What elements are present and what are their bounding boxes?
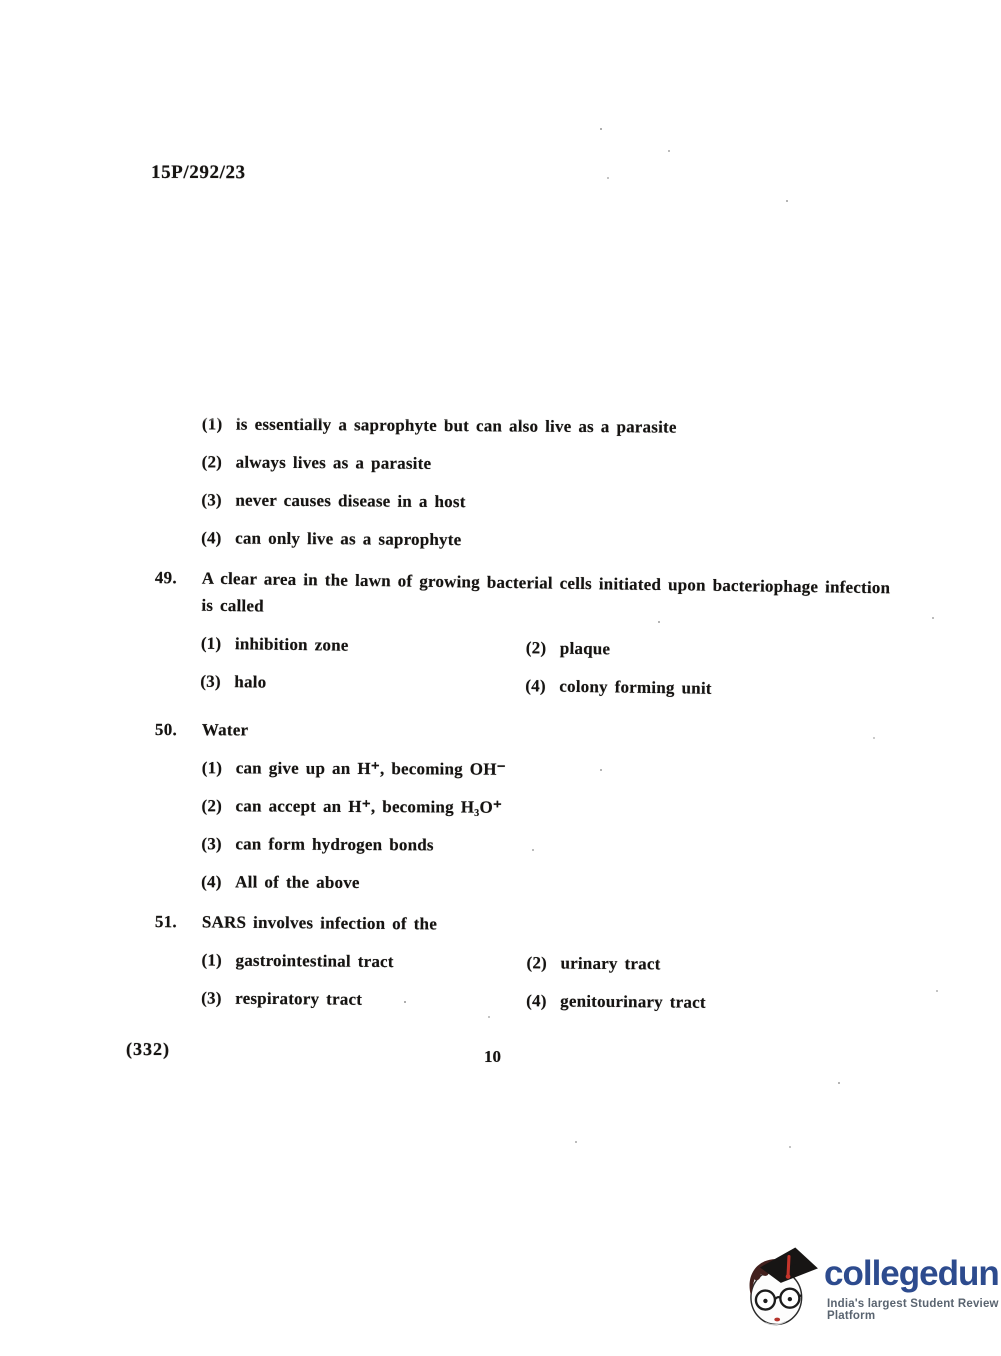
option-text: colony forming unit [559, 677, 712, 698]
question-number: 51. [155, 908, 177, 935]
option-text: genitourinary tract [560, 992, 706, 1012]
option-label: (2) [202, 794, 236, 817]
option: (2)plaque [526, 636, 936, 665]
option-label: (1) [202, 756, 236, 779]
question-number: 49. [155, 564, 178, 591]
option-label: (4) [201, 526, 235, 549]
option-text: gastrointestinal tract [235, 951, 393, 971]
option-text: plaque [560, 639, 611, 659]
option-label: (1) [201, 948, 235, 971]
scanned-exam-page: 15P/292/23 (1)is essentially a saprophyt… [0, 0, 1001, 1356]
option: (1)can give up an H⁺, becoming OH⁻ [202, 756, 937, 783]
option-label: (4) [201, 870, 235, 893]
option-text: can give up an H⁺, becoming OH⁻ [236, 758, 506, 778]
options: (1)can give up an H⁺, becoming OH⁻(2)can… [201, 756, 937, 897]
option-text: can accept an H⁺, becoming H₃O⁺ [236, 796, 503, 816]
page-number: 10 [484, 1047, 501, 1067]
options: (1)is essentially a saprophyte but can a… [201, 412, 937, 554]
collegedunia-logo-text: collegedunia .com India's largest Studen… [824, 1243, 1001, 1322]
question-list: (1)is essentially a saprophyte but can a… [155, 412, 937, 1033]
option-text: always lives as a parasite [236, 453, 432, 473]
option-text: can form hydrogen bonds [235, 834, 433, 854]
option: (2)urinary tract [526, 951, 936, 978]
question-text: SARS involves infection of the [202, 912, 437, 933]
option: (1)gastrointestinal tract [201, 948, 526, 974]
option-label: (2) [526, 951, 560, 974]
question-text: A clear area in the lawn of growing bact… [201, 569, 890, 616]
collegedunia-watermark: collegedunia .com India's largest Studen… [736, 1243, 1001, 1329]
question-text: Water [202, 720, 248, 739]
option-label: (1) [201, 632, 235, 655]
option: (2)can accept an H⁺, becoming H₃O⁺ [202, 794, 937, 821]
scan-noise-specks [0, 0, 2, 2]
option: (4)All of the above [201, 870, 936, 897]
option: (2)always lives as a parasite [202, 450, 937, 478]
booklet-code: (332) [126, 1039, 170, 1060]
option-label: (3) [201, 986, 235, 1009]
option-text: respiratory tract [235, 989, 362, 1009]
option-text: urinary tract [560, 954, 660, 974]
option: (3)respiratory tract [201, 986, 526, 1012]
option-label: (2) [526, 636, 560, 659]
brand-tagline: India's largest Student Review Platform [827, 1298, 1001, 1322]
option-label: (4) [525, 674, 559, 697]
option-label: (1) [202, 412, 236, 435]
options: (1)inhibition zone(2)plaque(3)halo(4)col… [200, 632, 936, 718]
option-text: inhibition zone [235, 634, 349, 655]
option: (1)inhibition zone [201, 632, 526, 660]
option-text: halo [234, 672, 266, 691]
option: (3)halo [200, 670, 525, 698]
option-label: (3) [201, 832, 235, 855]
question-head: 50.Water [202, 716, 892, 746]
options: (1)gastrointestinal tract(2)urinary trac… [201, 948, 937, 1030]
option-label: (3) [200, 670, 234, 693]
option: (3)can form hydrogen bonds [201, 832, 936, 859]
option: (4)can only live as a saprophyte [201, 526, 936, 554]
option-label: (4) [526, 989, 560, 1012]
question-number: 50. [155, 716, 177, 743]
collegedunia-mascot-icon [736, 1243, 822, 1329]
option-text: All of the above [235, 872, 360, 892]
option-label: (2) [202, 450, 236, 473]
brand-name: collegedunia [824, 1256, 1001, 1291]
question-block: 49.A clear area in the lawn of growing b… [153, 564, 937, 718]
option: (4)colony forming unit [525, 674, 935, 703]
option-text: can only live as a saprophyte [235, 529, 461, 550]
option: (3)never causes disease in a host [201, 488, 936, 516]
question-head: 51.SARS involves infection of the [202, 908, 892, 941]
option: (4)genitourinary tract [526, 989, 936, 1016]
question-block: 51.SARS involves infection of the(1)gast… [154, 908, 937, 1031]
paper-code: 15P/292/23 [151, 162, 246, 184]
option-text: never causes disease in a host [235, 491, 465, 512]
option-text: is essentially a saprophyte but can also… [236, 415, 677, 437]
option: (1)is essentially a saprophyte but can a… [202, 412, 937, 440]
question-block: (1)is essentially a saprophyte but can a… [154, 412, 937, 554]
question-block: 50.Water(1)can give up an H⁺, becoming O… [154, 716, 937, 897]
option-label: (3) [201, 488, 235, 511]
question-head: 49.A clear area in the lawn of growing b… [201, 565, 892, 629]
